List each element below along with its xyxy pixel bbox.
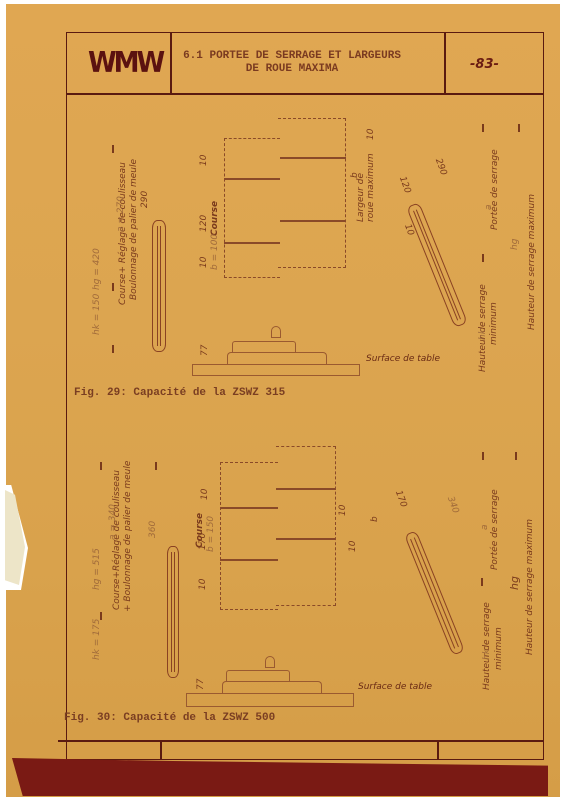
fig30-hg: hg [508,576,521,590]
fig30-fixture-knob [265,656,275,668]
fig29-dim-290: 290 [140,191,150,208]
fig30-dim-hk: hk = 175 [92,619,102,660]
fig29-course-label: Course [210,201,220,236]
fig29-tick [518,124,520,132]
fig30-dim-a: a = 340 [108,504,118,540]
fig30-tick [482,452,484,460]
fig29-table-top [232,341,296,353]
fig29-portee-label: Portée de serrage [490,149,500,230]
fig30-course-box [220,462,278,610]
header-divider [66,93,544,95]
fig29-largeur-label-1: Largeur de [356,173,366,222]
fig30-hauteur-max: Hauteur de serrage maximum [525,519,535,655]
fig29-course-box [224,138,280,278]
fig30-dim-77: 77 [196,679,206,690]
fig30-left-label-1: Course+Réglage de coulisseau [112,470,122,610]
fig30-table-top [226,670,290,682]
fig30-dim-10-bottom: 10 [198,579,208,590]
fig29-table-base [192,364,360,376]
fig29-right-10: 10 [366,129,376,140]
fig30-width-mark [276,538,336,540]
fig30-right-10: 10 [338,505,348,516]
fig29-width-box [278,118,346,268]
fig29-width-mark [280,220,346,222]
title-line-1: 6.1 PORTEE DE SERRAGE ET LARGEURS [172,50,412,63]
fig30-wheel-left [167,546,179,678]
fig30-table-base [186,693,354,707]
fig29-portee-a: a [484,204,494,210]
footer-col-divider-1 [160,740,162,760]
fig29-tick [112,345,114,353]
header-col-divider-2 [444,32,446,93]
fig30-tick [515,452,517,460]
fig29-tick [482,124,484,132]
fig30-portee-label: Portée de serrage [490,489,500,570]
fig30-width-box [276,446,336,606]
fig30-course-label-visible: Course [195,513,205,548]
fig30-width-mark [276,488,336,490]
fig30-surface-label: Surface de table [358,682,432,692]
fig29-surface-label: Surface de table [366,354,440,364]
fig29-dim-77: 77 [200,345,210,356]
fig30-caption: Fig. 30: Capacité de la ZSWZ 500 [64,712,275,724]
fig30-tick [100,462,102,470]
fig29-hg: hg [510,239,520,250]
fig29-left-label-2: Boulonnage de palier de meule [129,159,139,300]
fig30-course-mark [220,559,278,561]
fig29-dim-a: a = 270 [116,196,126,232]
fig30-right-10b: 10 [348,541,358,552]
fig30-course-b: b = 150 [206,516,216,552]
fig30-left-label-2: + Boulonnage de palier de meule [123,461,133,612]
fig29-tick [482,254,484,262]
page-title: 6.1 PORTEE DE SERRAGE ET LARGEURS DE ROU… [172,50,412,76]
fig30-course-mark [220,507,278,509]
fig29-largeur-b: b [350,172,360,178]
title-line-2: DE ROUE MAXIMA [172,63,412,76]
fig30-table-mid [222,681,322,694]
footer-col-divider-2 [437,740,439,760]
wmw-logo: WMW [88,47,162,80]
page-number: -83- [470,57,499,72]
fig29-course-mark [224,242,280,244]
fig30-hauteur-min-1: Hauteur de serrage [482,602,492,690]
fig29-course-b: b = 100 [210,234,220,270]
fig29-course-mark [224,178,280,180]
fig30-hk: hk [482,649,492,660]
fig29-width-mark [280,157,346,159]
fig29-hauteur-max: Hauteur de serrage maximum [527,194,537,330]
fig30-portee-a: a [480,524,490,530]
fig29-dim-10-bottom: 10 [199,257,209,268]
fig30-dim-360: 360 [148,521,158,538]
fig30-tick [481,578,483,586]
fig30-tick [155,462,157,470]
fig30-dim-hg: hg = 515 [92,548,102,590]
fig29-dim-10-top: 10 [199,155,209,166]
fig29-caption: Fig. 29: Capacité de la ZSWZ 315 [74,387,285,399]
fig29-fixture-knob [271,326,281,338]
fig29-table-mid [227,352,327,365]
fig30-right-b: b [370,516,380,522]
fig29-hauteur-min-2: minimum [489,302,499,345]
fig29-tick [112,145,114,153]
fig29-tick [112,283,114,291]
fig29-hk: hk [478,329,488,340]
fig29-wheel-left [152,220,166,352]
footer-divider [58,740,544,742]
fig29-largeur-label-2: roue maximum [366,153,376,222]
fig30-hauteur-min-2: minimum [494,627,504,670]
fig30-dim-10-top: 10 [200,489,210,500]
fig29-dim-hk: hk = 150 [92,294,102,335]
fig29-course-120: 120 [199,215,209,232]
fig30-tick [100,612,102,620]
fig29-left-label-1: Course+ Réglage de coulisseau [118,162,128,305]
fig29-dim-hg: hg = 420 [92,248,102,290]
